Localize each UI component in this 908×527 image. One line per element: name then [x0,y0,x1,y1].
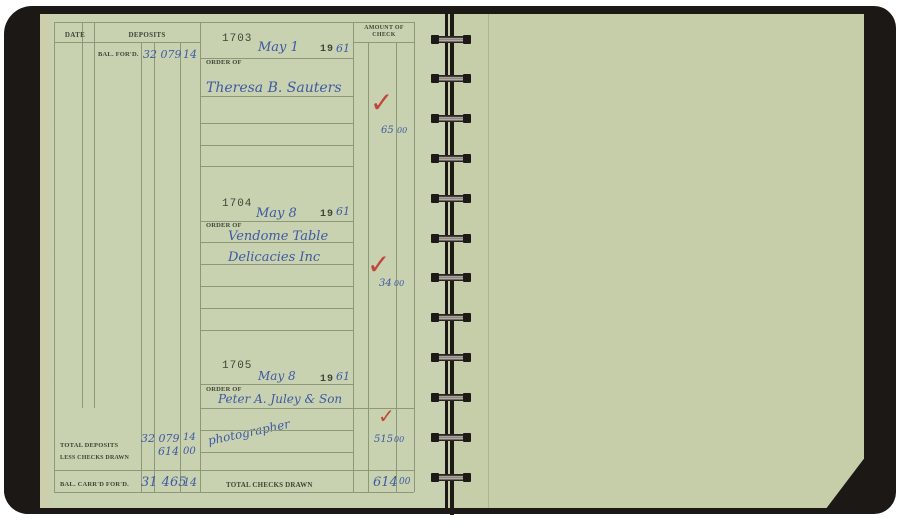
spiral-ring [431,155,471,162]
check-year-prefix: 19 [320,44,334,55]
bal-forward-dollars: 32 079 [143,48,182,61]
spiral-ring [431,314,471,321]
blank-page-right [448,14,864,508]
bal-carried-cents: 14 [183,476,197,489]
payee-line1: Theresa B. Sauters [206,80,342,96]
spiral-ring [431,354,471,361]
spiral-ring [431,115,471,122]
check-amount: 34 [379,278,392,289]
cleared-check-mark: ✓ [378,404,395,428]
total-checks-drawn-dollars: 614 [373,475,398,490]
amount-of-check-header: AMOUNT OF CHECK [354,25,414,39]
check-year-prefix: 19 [320,209,334,220]
total-checks-drawn-cents: 00 [399,477,410,487]
bal-forward-cents: 14 [183,48,197,61]
check-date: May 8 [256,206,297,221]
bal-forward-label: BAL. FOR'D. [98,51,139,58]
check-amount: 65 [381,125,394,136]
deposits-header: DEPOSITS [94,31,200,39]
check-amount-cents: 00 [394,435,404,444]
spiral-ring [431,36,471,43]
check-amount-cents: 00 [397,126,407,135]
less-checks-drawn-label: LESS CHECKS DRAWN [60,455,129,461]
check-year-suffix: 61 [336,205,350,218]
less-checks-cents: 00 [183,446,196,457]
spiral-ring [431,75,471,82]
total-deposits-cents: 14 [183,432,196,443]
check-number: 1704 [222,198,252,210]
total-checks-drawn-label: TOTAL CHECKS DRAWN [226,481,313,489]
register-page-left: DATE DEPOSITS AMOUNT OF CHECK BAL. FOR'D… [40,14,445,508]
check-number: 1703 [222,33,252,45]
bal-carried-forward-label: BAL. CARR'D FOR'D. [60,481,129,488]
spiral-ring [431,474,471,481]
total-deposits-label: TOTAL DEPOSITS [60,442,118,449]
cleared-check-mark: ✓ [370,86,393,119]
payee-line2: Delicacies Inc [228,250,320,265]
check-year-suffix: 61 [336,42,350,55]
check-number: 1705 [222,360,252,372]
payee-line1: Peter A. Juley & Son [218,392,342,406]
cleared-check-mark: ✓ [367,248,390,281]
spiral-ring [431,394,471,401]
spiral-ring [431,274,471,281]
spiral-ring [431,235,471,242]
total-deposits-dollars: 32 079 [141,432,180,445]
spiral-ring [431,195,471,202]
order-of-label: ORDER OF [206,59,242,66]
date-header: DATE [54,31,96,39]
page-margin-line [488,14,489,508]
order-of-label: ORDER OF [206,222,242,229]
spiral-ring [431,434,471,441]
bal-carried-dollars: 31 465 [141,475,187,490]
check-year-suffix: 61 [336,370,350,383]
payee-line2: photographer [207,417,292,448]
check-amount: 515 [374,434,393,445]
check-date: May 8 [258,369,296,383]
check-date: May 1 [258,40,299,55]
check-amount-cents: 00 [394,279,404,288]
less-checks-dollars: 614 [158,445,179,458]
